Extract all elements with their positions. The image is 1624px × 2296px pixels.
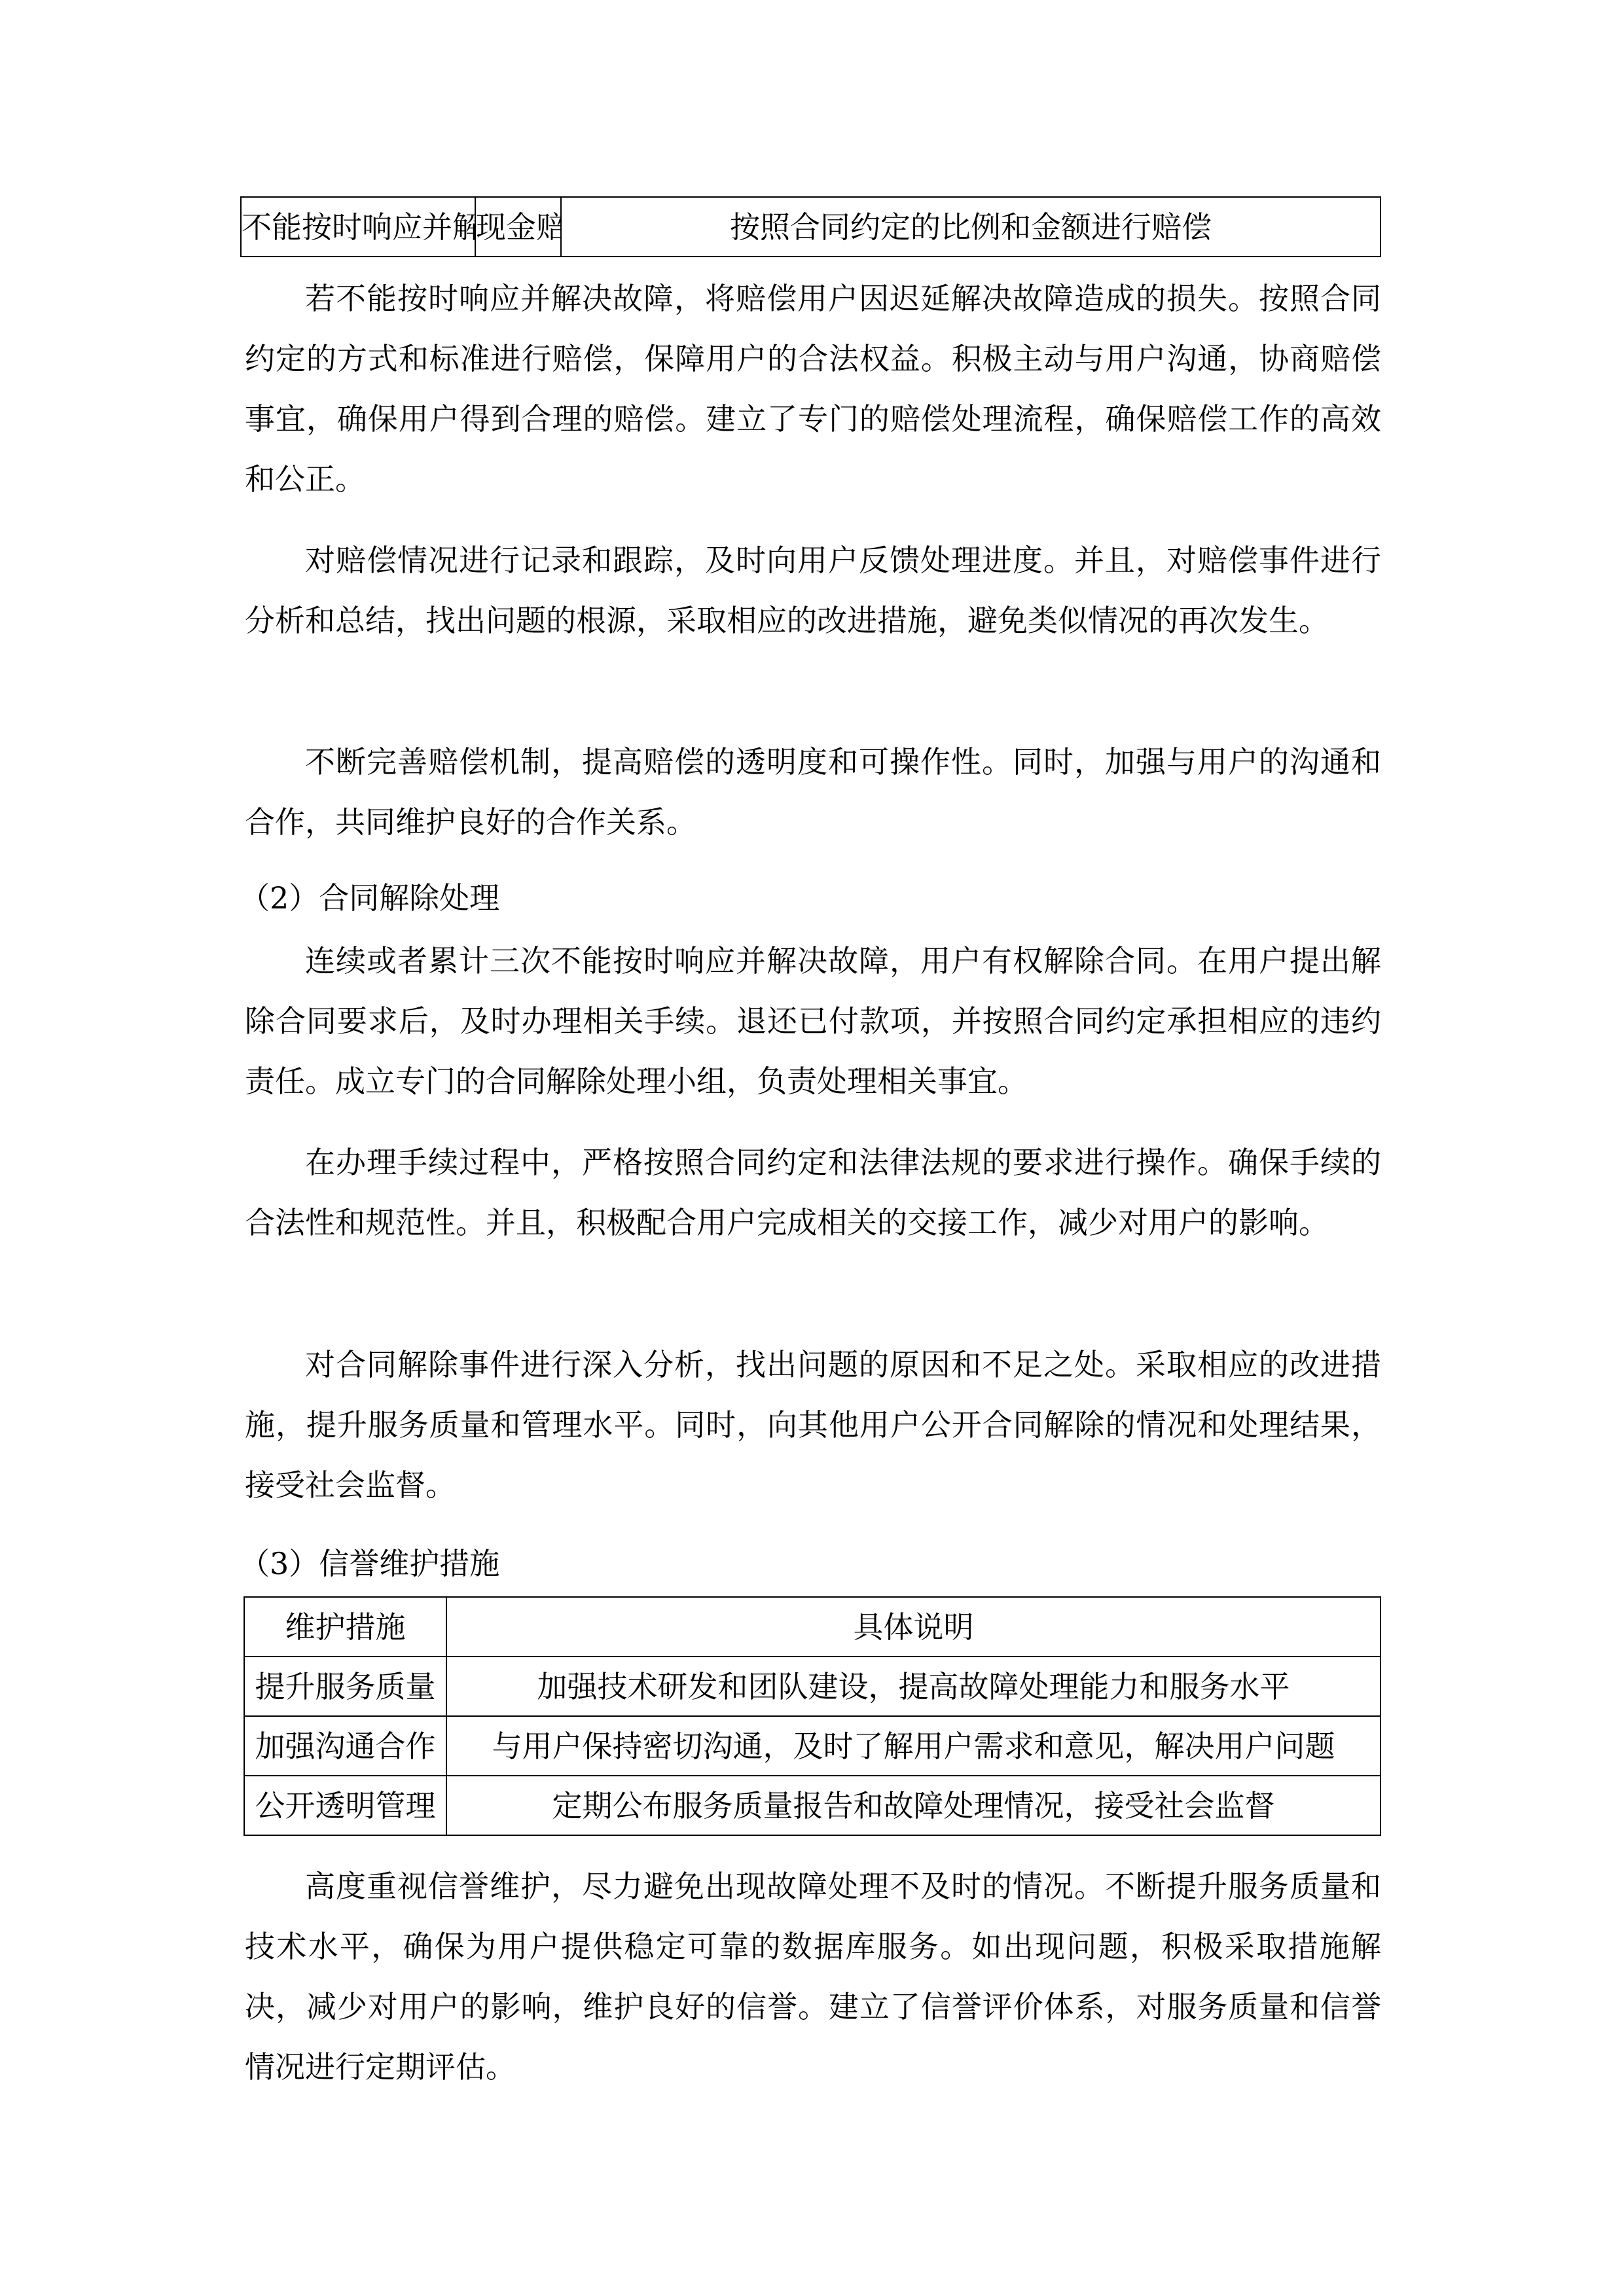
- table-cell: 公开透明管理: [244, 1776, 446, 1835]
- paragraph: 对合同解除事件进行深入分析，找出问题的原因和不足之处。采取相应的改进措施，提升服…: [245, 1335, 1381, 1515]
- table-cell: 加强沟通合作: [244, 1716, 446, 1776]
- table-row: 加强沟通合作 与用户保持密切沟通，及时了解用户需求和意见，解决用户问题: [244, 1716, 1380, 1776]
- table-cell: 现金赔偿: [475, 197, 561, 257]
- paragraph: 不断完善赔偿机制，提高赔偿的透明度和可操作性。同时，加强与用户的沟通和合作，共同…: [245, 732, 1381, 852]
- table-row: 提升服务质量 加强技术研发和团队建设，提高故障处理能力和服务水平: [244, 1657, 1380, 1716]
- column-header: 具体说明: [446, 1597, 1380, 1657]
- table-row: 不能按时响应并解决故障 现金赔偿 按照合同约定的比例和金额进行赔偿: [241, 197, 1380, 257]
- table-header-row: 维护措施 具体说明: [244, 1597, 1380, 1657]
- compensation-table: 不能按时响应并解决故障 现金赔偿 按照合同约定的比例和金额进行赔偿: [240, 196, 1381, 257]
- table-cell: 按照合同约定的比例和金额进行赔偿: [561, 197, 1380, 257]
- paragraph: 在办理手续过程中，严格按照合同约定和法律法规的要求进行操作。确保手续的合法性和规…: [245, 1132, 1381, 1253]
- reputation-table: 维护措施 具体说明 提升服务质量 加强技术研发和团队建设，提高故障处理能力和服务…: [244, 1596, 1381, 1836]
- column-header: 维护措施: [244, 1597, 446, 1657]
- section-heading: （3）信誉维护措施: [240, 1534, 499, 1594]
- paragraph: 若不能按时响应并解决故障，将赔偿用户因迟延解决故障造成的损失。按照合同约定的方式…: [245, 268, 1381, 509]
- table-cell: 与用户保持密切沟通，及时了解用户需求和意见，解决用户问题: [446, 1716, 1380, 1776]
- paragraph: 高度重视信誉维护，尽力避免出现故障处理不及时的情况。不断提升服务质量和技术水平，…: [245, 1856, 1381, 2097]
- table-cell: 提升服务质量: [244, 1657, 446, 1716]
- table-row: 公开透明管理 定期公布服务质量报告和故障处理情况，接受社会监督: [244, 1776, 1380, 1835]
- table-cell: 不能按时响应并解决故障: [241, 197, 475, 257]
- paragraph: 对赔偿情况进行记录和跟踪，及时向用户反馈处理进度。并且，对赔偿事件进行分析和总结…: [245, 530, 1381, 651]
- table-cell: 加强技术研发和团队建设，提高故障处理能力和服务水平: [446, 1657, 1380, 1716]
- section-heading: （2）合同解除处理: [240, 868, 499, 928]
- table-cell: 定期公布服务质量报告和故障处理情况，接受社会监督: [446, 1776, 1380, 1835]
- paragraph: 连续或者累计三次不能按时响应并解决故障，用户有权解除合同。在用户提出解除合同要求…: [245, 931, 1381, 1111]
